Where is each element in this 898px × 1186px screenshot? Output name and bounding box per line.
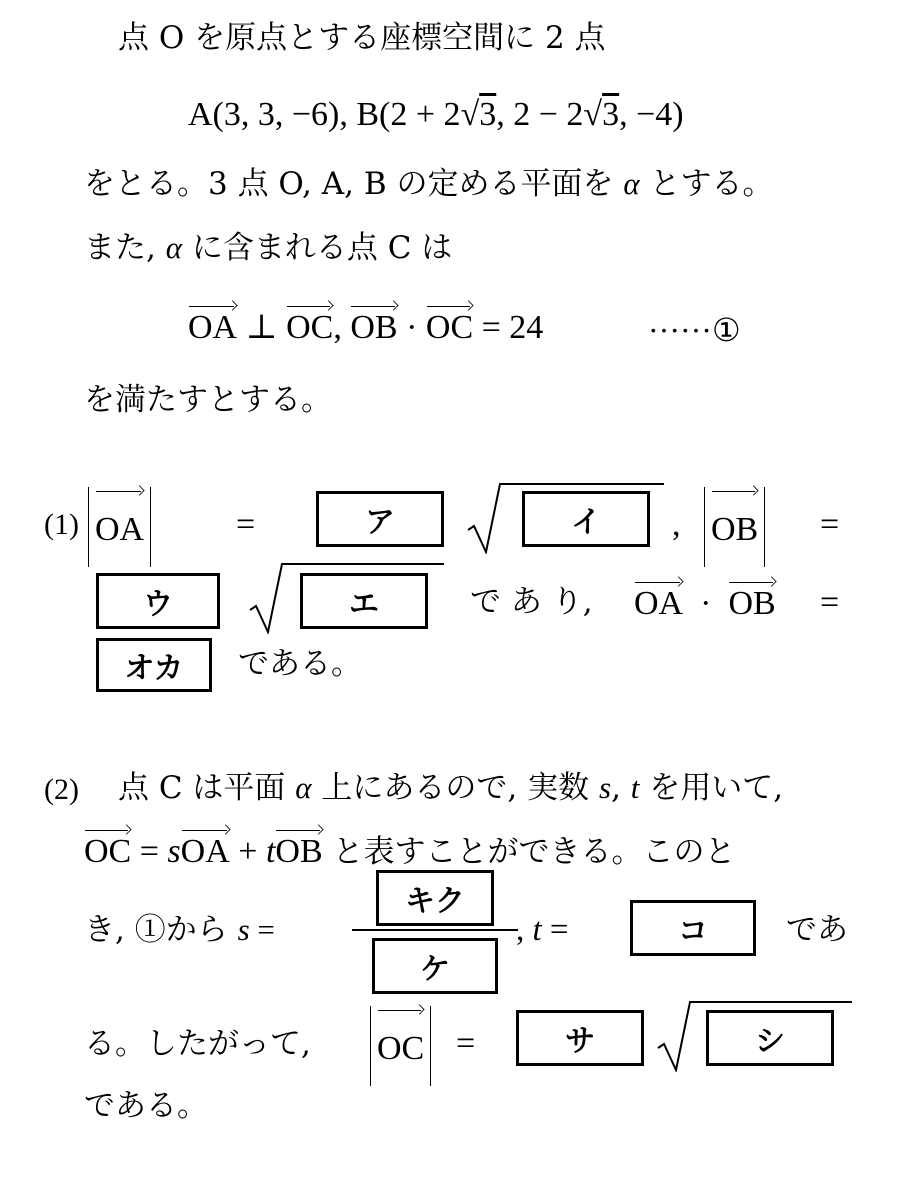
alpha-symbol: α	[623, 166, 639, 201]
abs-bars: OA	[88, 487, 151, 567]
text: と表すことができる。このと	[323, 834, 736, 870]
abs-oc: OC	[370, 1006, 431, 1086]
vector-ob: OB	[350, 302, 397, 348]
answer-box-oka[interactable]: オカ	[96, 638, 212, 692]
perp-symbol: ⊥	[237, 309, 286, 346]
text: =	[542, 912, 569, 948]
text: に含まれる点 C は	[182, 230, 452, 266]
answer-box-e[interactable]: エ	[300, 573, 428, 629]
vector-ob: OB	[711, 487, 758, 567]
var-t: t	[266, 833, 275, 870]
vector-ob: OB	[275, 826, 322, 872]
q1-label: (1)	[44, 505, 79, 545]
vector-oa: OA	[95, 487, 144, 567]
q2-line-5: である。	[84, 1086, 208, 1126]
var-s: s	[599, 770, 611, 805]
points-mid-part: , 2 − 2	[496, 96, 583, 133]
text: とする。	[640, 166, 774, 202]
alpha-symbol: α	[166, 230, 182, 265]
vector-oc: OC	[84, 826, 131, 872]
answer-box-a[interactable]: ア	[316, 491, 444, 547]
intro-line-1: 点 O を原点とする座標空間に 2 点	[118, 18, 606, 58]
condition-1: OA ⊥ OC, OB · OC = 24	[188, 302, 543, 348]
var-t: t	[533, 912, 542, 948]
answer-box-kiku[interactable]: キク	[376, 870, 494, 926]
t-equals: , t =	[516, 910, 569, 950]
intro-line-6: を満たすとする。	[84, 380, 332, 420]
dot-symbol: ·	[700, 585, 711, 622]
q2-line-4: る。したがって,	[84, 1024, 311, 1064]
equals-sign: =	[236, 505, 255, 545]
q2-line-2: OC = sOA + tOB と表すことができる。このと	[84, 826, 736, 872]
text-dearu: である。	[238, 644, 362, 684]
text: +	[230, 833, 266, 870]
text: = 24	[473, 309, 543, 346]
var-s: s	[167, 833, 180, 870]
equals-sign: =	[820, 583, 839, 623]
points-end-part: , −4)	[619, 96, 684, 133]
text: =	[131, 833, 167, 870]
sqrt-icon: √	[461, 96, 480, 133]
var-s: s	[238, 912, 250, 947]
text-deari: で あ り,	[470, 582, 593, 622]
fraction-bar	[352, 929, 518, 931]
intro-line-3: をとる。3 点 O, A, B の定める平面を α とする。	[84, 164, 773, 204]
answer-box-ke[interactable]: ケ	[372, 938, 498, 994]
answer-box-sa[interactable]: サ	[516, 1010, 644, 1066]
sqrt-icon: √	[583, 96, 602, 133]
vector-ob: OB	[728, 578, 775, 624]
answer-box-u[interactable]: ウ	[96, 573, 220, 629]
dot-product: OA · OB	[634, 578, 776, 624]
sqrt-radicand: 3	[602, 96, 619, 133]
alpha-symbol: α	[295, 770, 311, 805]
equals-sign: =	[456, 1024, 475, 1064]
text: また,	[84, 230, 166, 266]
sqrt-radicand: 3	[479, 96, 496, 133]
q2-line-3: き, ①から s =	[84, 910, 275, 950]
text: =	[250, 912, 275, 947]
answer-box-ko[interactable]: コ	[630, 900, 756, 956]
q2-label: (2)	[44, 770, 79, 810]
text: を用いて,	[639, 770, 783, 806]
equation-ref: ······①	[648, 310, 741, 350]
vector-oa: OA	[634, 578, 683, 624]
text: 点 C は平面	[118, 770, 295, 806]
abs-ob: OB	[704, 487, 765, 567]
text: をとる。3 点 O, A, B の定める平面を	[84, 166, 623, 202]
vector-oc: OC	[286, 302, 333, 348]
text: ,	[516, 912, 533, 948]
intro-line-4: また, α に含まれる点 C は	[84, 228, 452, 268]
text: 上にあるので, 実数	[312, 770, 599, 806]
abs-bars: OB	[704, 487, 765, 567]
vector-oa: OA	[181, 826, 230, 872]
equals-sign: =	[820, 505, 839, 545]
text-dea: であ	[786, 910, 848, 950]
answer-box-i[interactable]: イ	[522, 491, 650, 547]
vector-oa: OA	[188, 302, 237, 348]
text: き, ①から	[84, 912, 238, 948]
dot-symbol: ·	[398, 309, 426, 346]
text: ,	[611, 770, 631, 806]
vector-oc: OC	[426, 302, 473, 348]
vector-oc: OC	[377, 1006, 424, 1086]
q2-line-1: 点 C は平面 α 上にあるので, 実数 s, t を用いて,	[118, 768, 783, 808]
answer-box-shi[interactable]: シ	[706, 1010, 834, 1066]
points-ab: A(3, 3, −6), B(2 + 2√3, 2 − 2√3, −4)	[188, 95, 684, 135]
text: ,	[333, 309, 350, 346]
points-a-part: A(3, 3, −6), B(2 + 2	[188, 96, 461, 133]
comma: ,	[672, 505, 681, 545]
abs-bars: OC	[370, 1006, 431, 1086]
abs-oa: OA	[88, 487, 151, 567]
